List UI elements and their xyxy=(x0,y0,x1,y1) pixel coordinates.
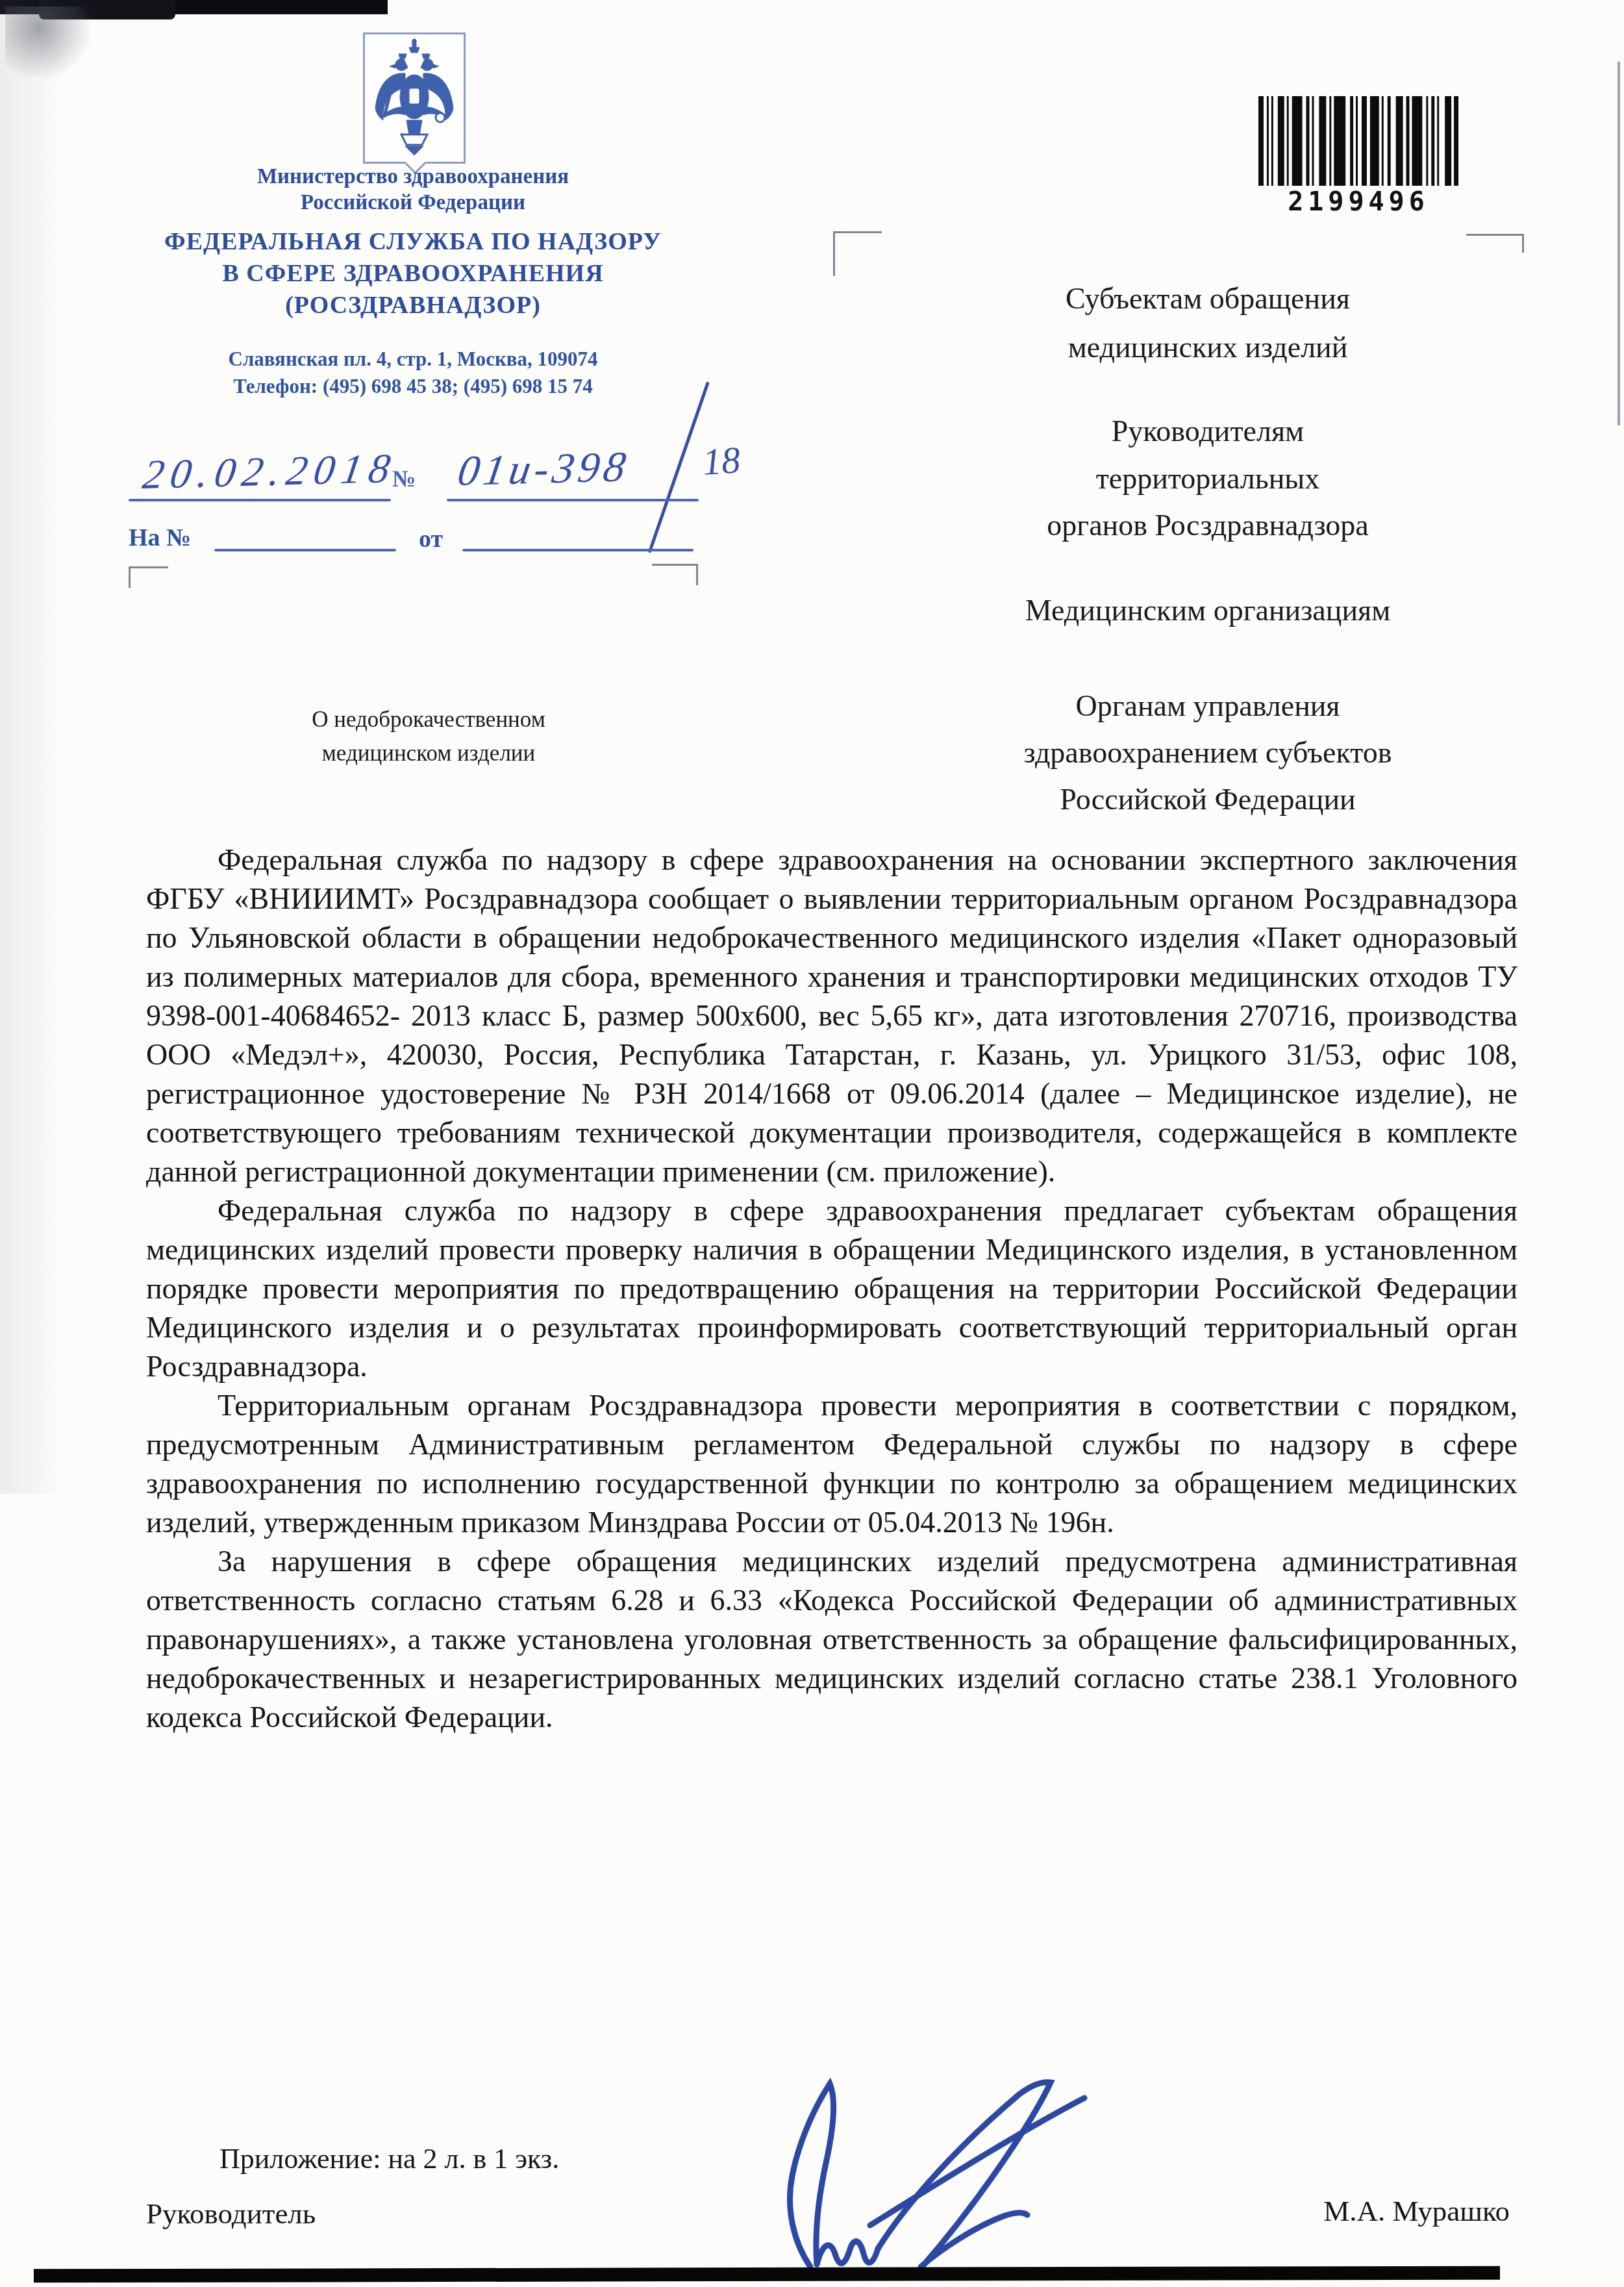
corner-mark-barcode xyxy=(1466,234,1524,253)
signature-ink xyxy=(760,2072,1123,2286)
service-name-line3: (РОСЗДРАВНАДЗОР) xyxy=(95,290,731,322)
corner-mark-right xyxy=(652,564,698,585)
service-name-line2: В СФЕРЕ ЗДРАВООХРАНЕНИЯ xyxy=(95,258,731,290)
corner-mark-recipient xyxy=(833,231,882,276)
from-label: от xyxy=(419,525,443,553)
ministry-name-line1: Министерство здравоохранения xyxy=(95,164,731,190)
letterhead-address: Славянская пл. 4, стр. 1, Москва, 109074 xyxy=(95,346,731,373)
number-underline xyxy=(447,499,699,501)
recipient-line: территориальных xyxy=(870,461,1545,496)
scan-right-line-artifact xyxy=(1618,62,1620,425)
body-paragraph: Территориальным органам Росздравнадзора … xyxy=(146,1386,1518,1542)
service-name-line1: ФЕДЕРАЛЬНАЯ СЛУЖБА ПО НАДЗОРУ xyxy=(95,226,731,258)
attachment-note: Приложение: на 2 л. в 1 экз. xyxy=(219,2142,559,2175)
barcode xyxy=(1258,96,1458,186)
scan-edge-artifact-bottom xyxy=(34,2266,1500,2283)
signer-name: М.А. Мурашко xyxy=(1221,2194,1510,2228)
number-sign: № xyxy=(392,465,416,492)
recipient-line: Медицинским организациям xyxy=(870,593,1545,627)
corner-mark-left xyxy=(129,566,168,588)
letter-body: Федеральная служба по надзору в сфере зд… xyxy=(146,840,1518,1737)
recipient-line: медицинских изделий xyxy=(870,330,1545,364)
handwritten-number-suffix: 18 xyxy=(701,438,742,484)
letterhead-phone: Телефон: (495) 698 45 38; (495) 698 15 7… xyxy=(95,373,731,400)
recipient-line: органов Росздравнадзора xyxy=(870,508,1545,542)
recipient-line: Российской Федерации xyxy=(870,782,1545,816)
handwritten-date: 20.02.2018 xyxy=(140,444,400,499)
date-underline xyxy=(129,499,391,501)
recipient-line: Органам управления xyxy=(870,689,1545,723)
recipient-line: Руководителям xyxy=(870,414,1545,448)
body-paragraph: Федеральная служба по надзору в сфере зд… xyxy=(146,840,1518,1191)
reply-to-label: На № xyxy=(129,524,191,552)
double-headed-eagle-icon xyxy=(369,37,460,159)
reply-date-underline xyxy=(462,549,693,551)
handwritten-number: 01и-398 xyxy=(455,442,633,496)
body-paragraph: Федеральная служба по надзору в сфере зд… xyxy=(146,1191,1518,1386)
body-paragraph: За нарушения в сфере обращения медицинск… xyxy=(146,1542,1518,1737)
reply-number-underline xyxy=(214,549,396,551)
recipient-line: Субъектам обращения xyxy=(870,281,1545,316)
russian-coat-of-arms xyxy=(363,32,466,164)
handwritten-slash-stroke xyxy=(648,381,710,553)
scan-left-shadow xyxy=(0,0,84,1494)
barcode-number: 2199496 xyxy=(1258,187,1458,217)
subject-line2: медицинском изделии xyxy=(214,740,643,766)
subject-line1: О недоброкачественном xyxy=(214,707,643,733)
recipient-line: здравоохранением субъектов xyxy=(870,735,1545,770)
signer-title: Руководитель xyxy=(146,2197,316,2230)
scanned-letter-page: Министерство здравоохранения Российской … xyxy=(0,0,1624,2287)
ministry-name-line2: Российской Федерации xyxy=(95,190,731,216)
